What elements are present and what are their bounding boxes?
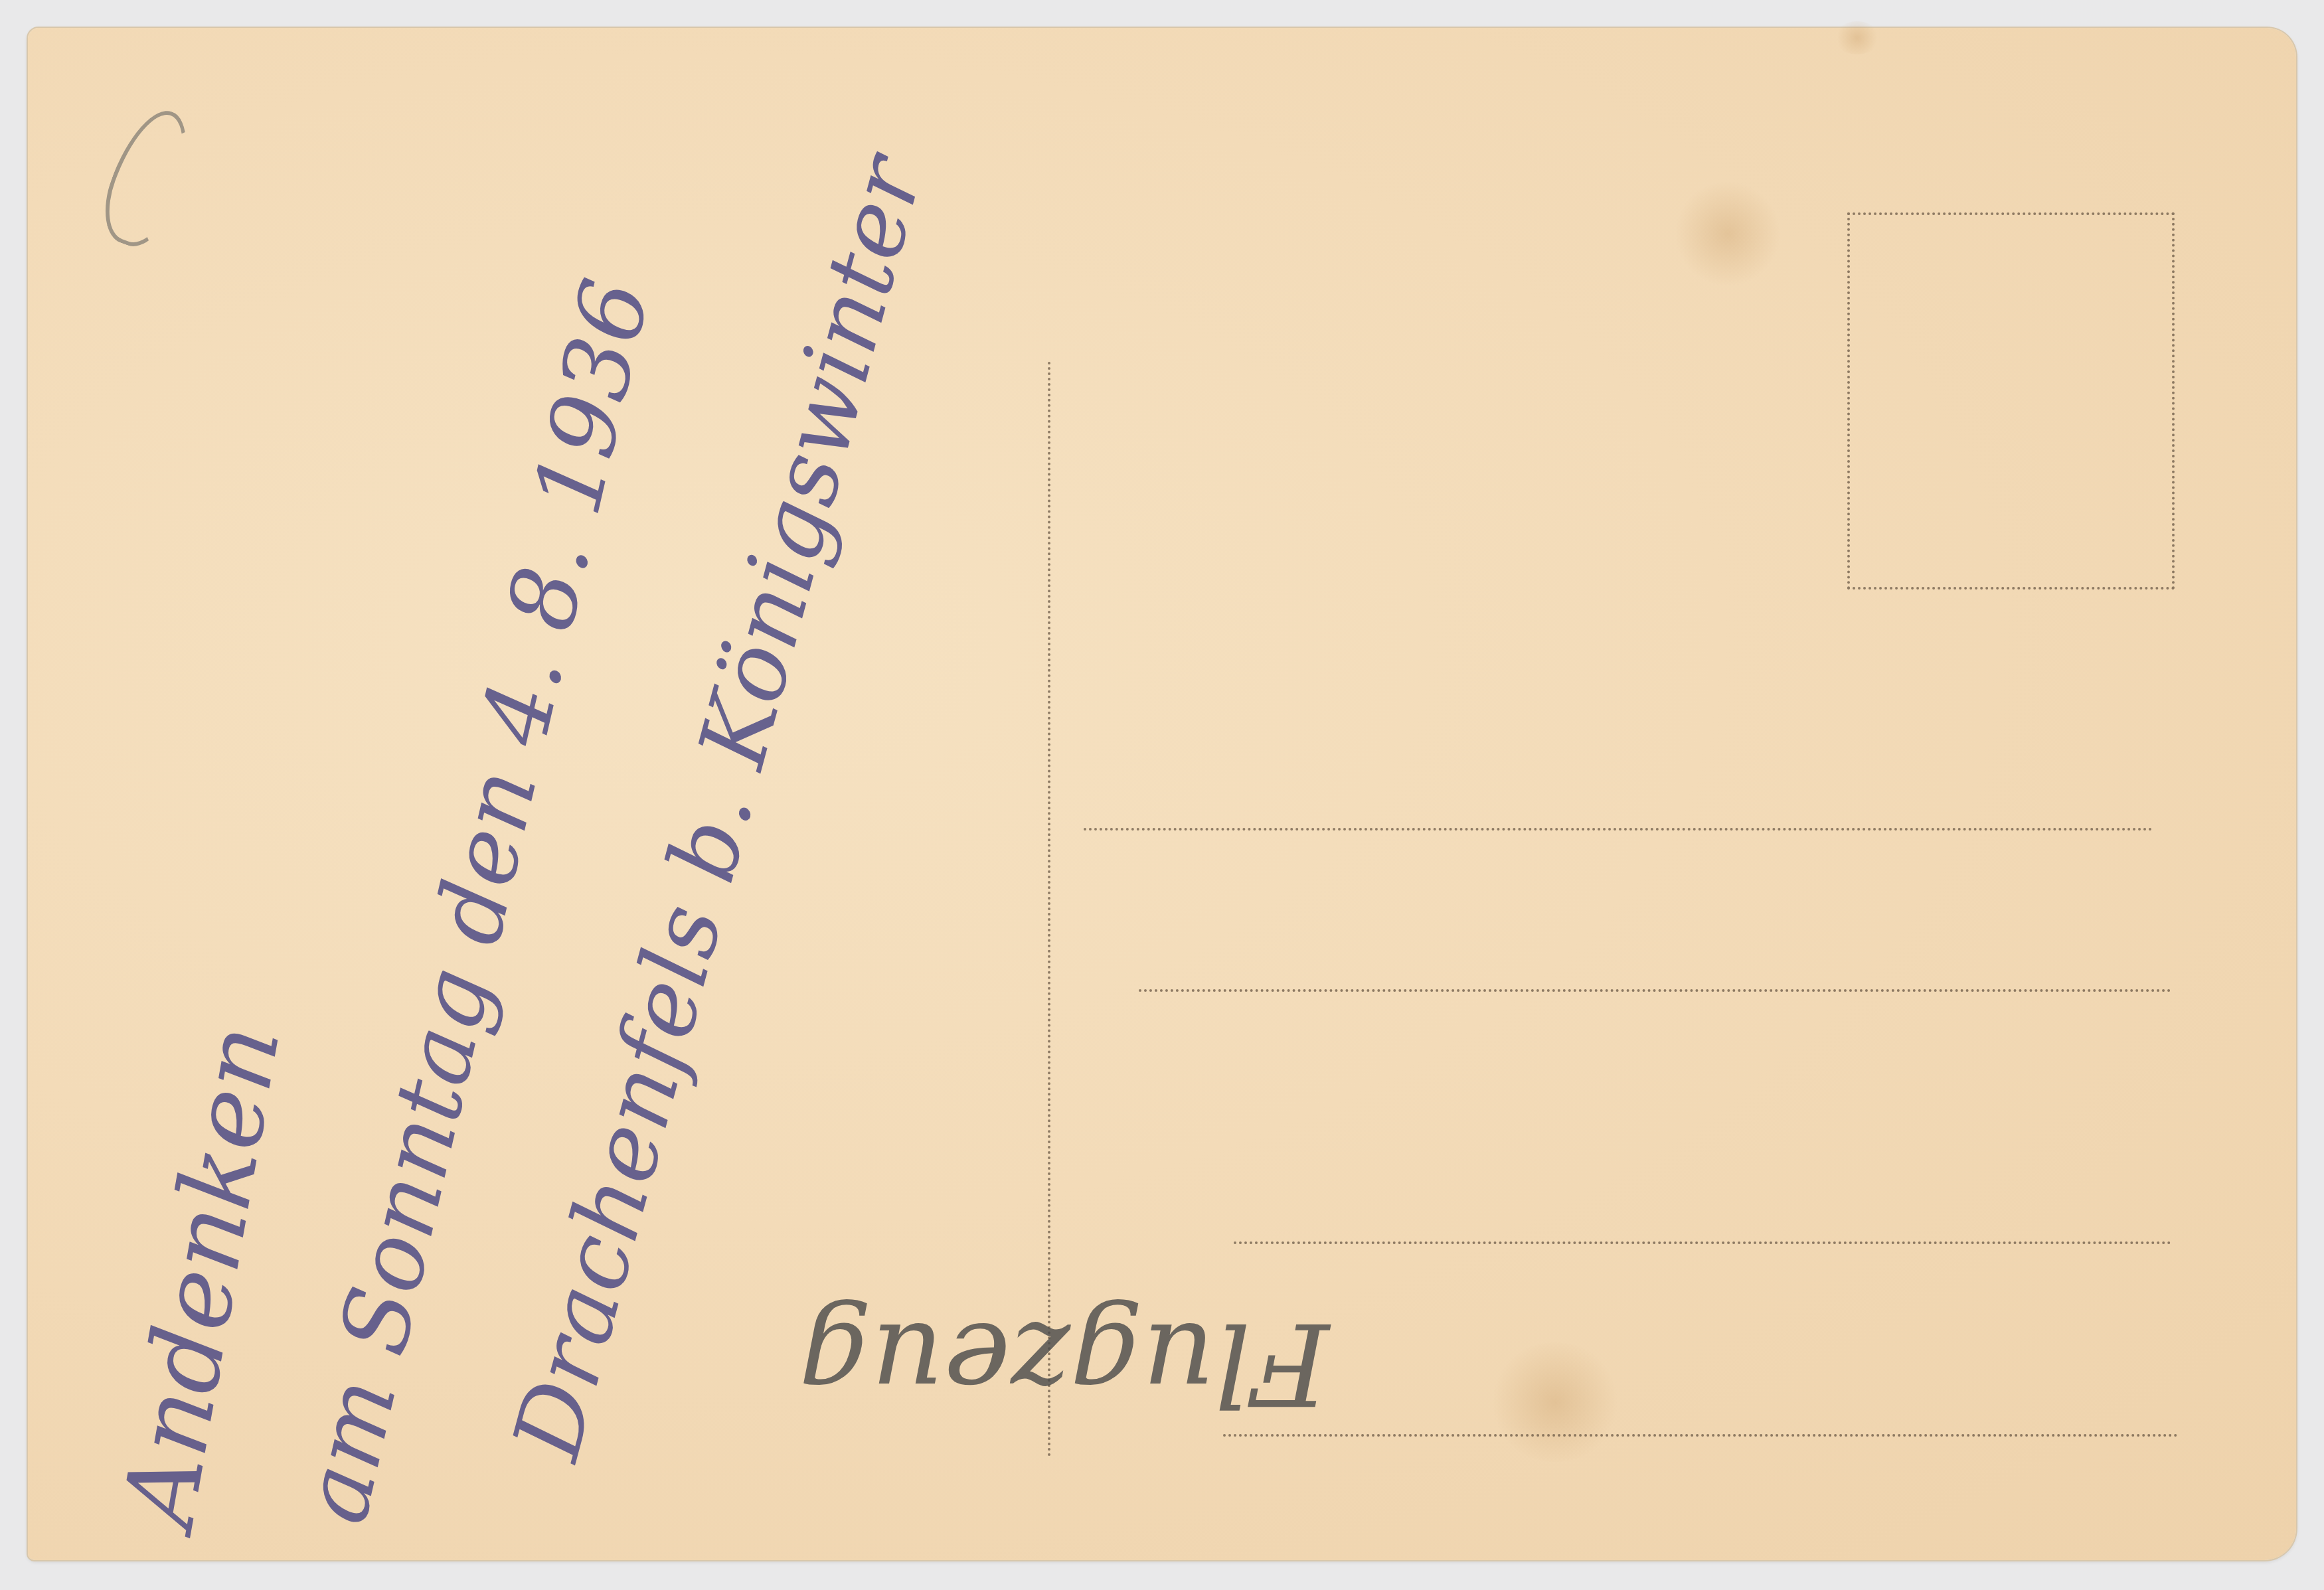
address-line-4 [1223, 1434, 2178, 1437]
age-stain [1834, 21, 1880, 54]
stamp-box [1847, 212, 2175, 590]
address-line-3 [1234, 1241, 2171, 1244]
age-stain [1489, 1342, 1621, 1462]
pencil-loop-mark [92, 100, 204, 256]
inscription-line-1: Andenken [101, 1016, 303, 1535]
age-stain [1675, 181, 1781, 287]
postcard-back: Andenken am Sonntag den 4. 8. 1936 Drach… [28, 28, 2296, 1560]
pencil-note: Flugzeug [799, 1297, 1329, 1429]
address-line-1 [1084, 828, 2153, 831]
address-line-2 [1139, 989, 2171, 992]
divider-line [1048, 362, 1050, 1457]
